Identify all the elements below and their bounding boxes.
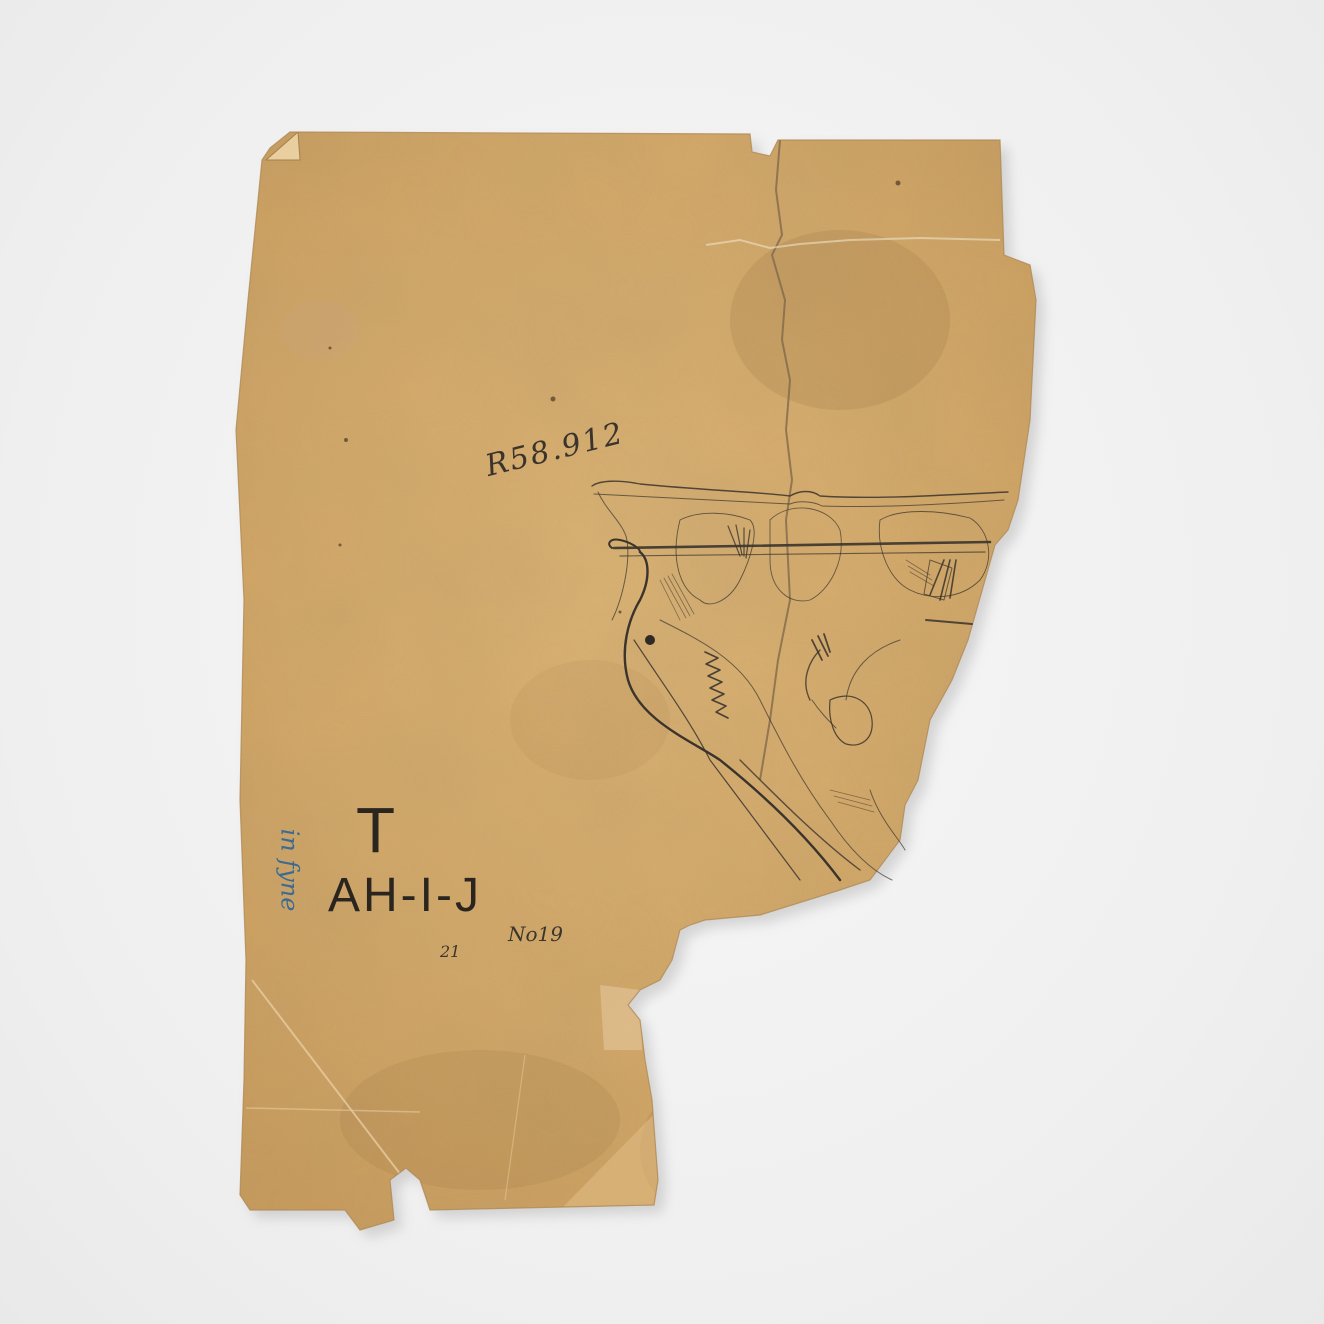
photo-stage: R58.912 T AH-I-J No19 21 in fyne xyxy=(0,0,1324,1324)
paper-fragment xyxy=(0,0,1324,1324)
series-code-annotation: AH-I-J xyxy=(328,872,482,920)
title-letter-annotation: T xyxy=(356,798,395,862)
blue-pencil-note: in fyne xyxy=(277,829,301,912)
item-number-annotation: No19 xyxy=(508,924,563,944)
page-number-annotation: 21 xyxy=(440,944,460,960)
